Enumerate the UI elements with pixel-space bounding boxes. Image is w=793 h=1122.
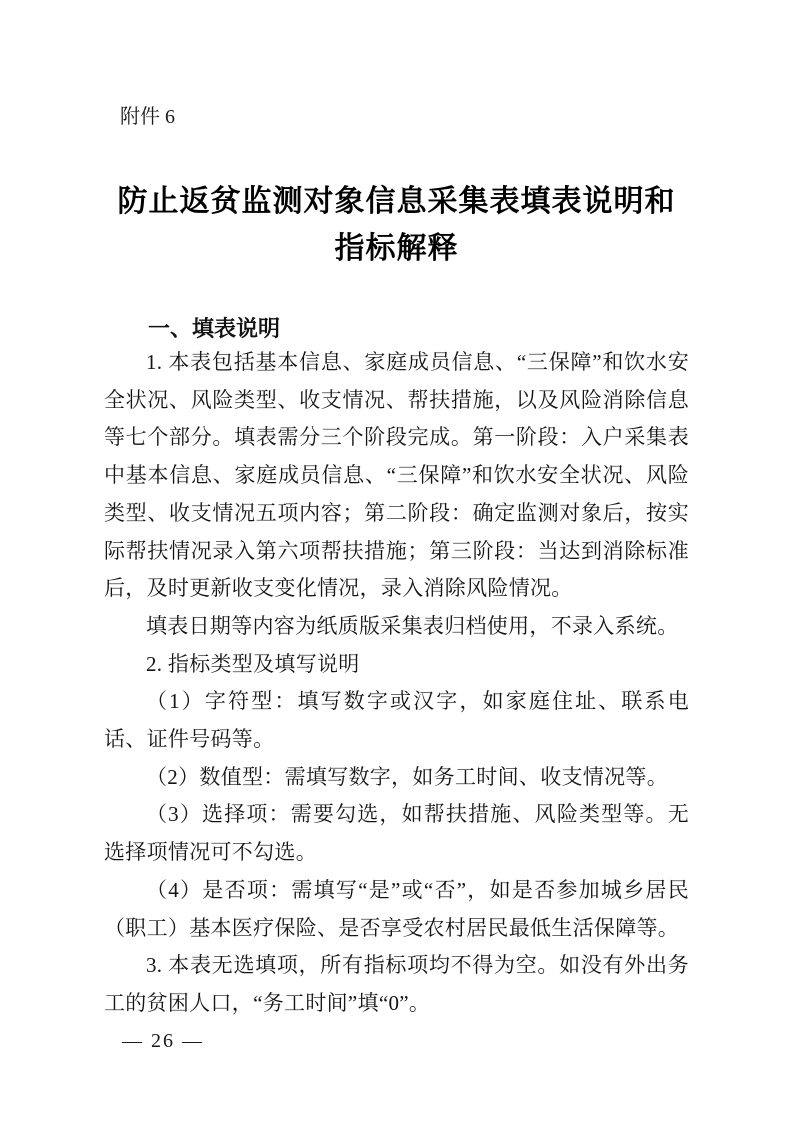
paragraph-4: （1）字符型：填写数字或汉字，如家庭住址、联系电话、证件号码等。 [104, 683, 689, 758]
paragraph-6: （3）选择项：需要勾选，如帮扶措施、风险类型等。无选择项情况可不勾选。 [104, 796, 689, 871]
body-text: 1. 本表包括基本信息、家庭成员信息、“三保障”和饮水安全状况、风险类型、收支情… [104, 344, 689, 1023]
document-title-line2: 指标解释 [104, 225, 689, 272]
section-heading: 一、填表说明 [148, 314, 689, 344]
document-title: 防止返贫监测对象信息采集表填表说明和 指标解释 [104, 178, 689, 272]
document-page: 附件 6 防止返贫监测对象信息采集表填表说明和 指标解释 一、填表说明 1. 本… [0, 0, 793, 1122]
paragraph-8: 3. 本表无选填项，所有指标项均不得为空。如没有外出务工的贫困人口，“务工时间”… [104, 947, 689, 1022]
page-number: — 26 — [122, 1028, 204, 1054]
document-title-line1: 防止返贫监测对象信息采集表填表说明和 [104, 178, 689, 225]
paragraph-7: （4）是否项：需填写“是”或“否”，如是否参加城乡居民（职工）基本医疗保险、是否… [104, 872, 689, 947]
paragraph-5: （2）数值型：需填写数字，如务工时间、收支情况等。 [104, 759, 689, 797]
attachment-label: 附件 6 [120, 0, 689, 132]
paragraph-2: 填表日期等内容为纸质版采集表归档使用，不录入系统。 [104, 608, 689, 646]
paragraph-1: 1. 本表包括基本信息、家庭成员信息、“三保障”和饮水安全状况、风险类型、收支情… [104, 344, 689, 608]
document-content: 附件 6 防止返贫监测对象信息采集表填表说明和 指标解释 一、填表说明 1. 本… [0, 0, 793, 1023]
paragraph-3: 2. 指标类型及填写说明 [104, 646, 689, 684]
